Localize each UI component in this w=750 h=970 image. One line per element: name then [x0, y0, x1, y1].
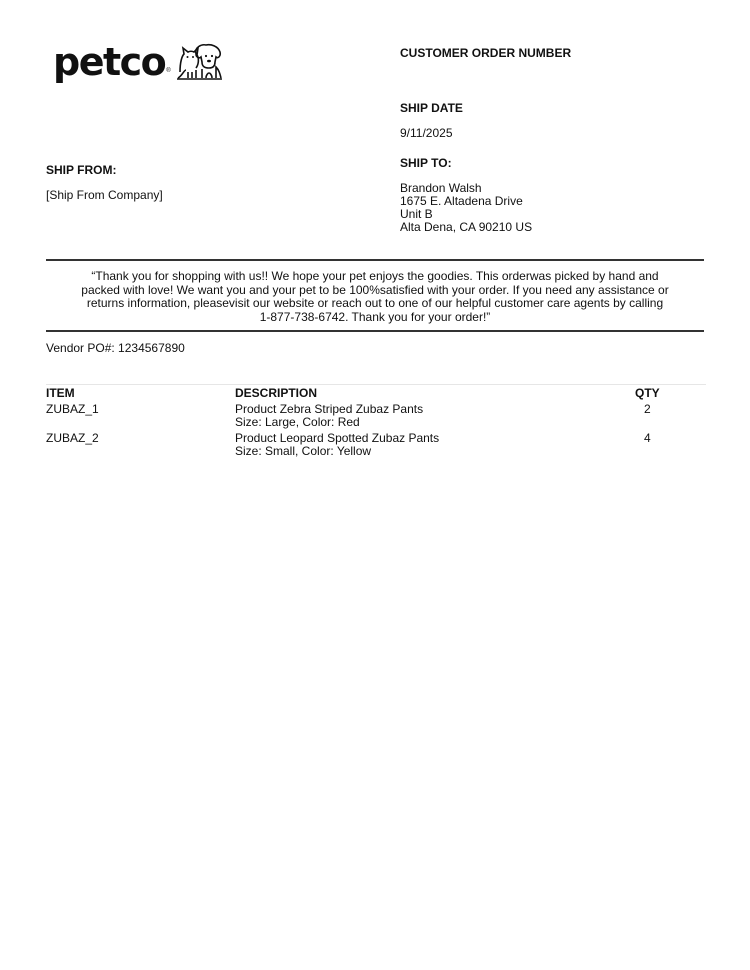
vendor-po-number: Vendor PO#: 1234567890 [46, 342, 185, 355]
ship-to-label: SHIP TO: [400, 156, 452, 170]
items-table: ITEM DESCRIPTION QTY ZUBAZ_1 Product Zeb… [46, 384, 706, 460]
brand-name: petco [53, 43, 165, 81]
table-header-row: ITEM DESCRIPTION QTY [46, 385, 706, 403]
thank-you-message: “Thank you for shopping with us!! We hop… [80, 270, 670, 324]
ship-from-company: [Ship From Company] [46, 189, 163, 202]
divider-top [46, 259, 704, 261]
ship-from-label: SHIP FROM: [46, 163, 116, 177]
row-spacer [660, 402, 706, 431]
item-description-cell: Product Leopard Spotted Zubaz Pants Size… [235, 431, 635, 460]
petco-logo: petco ® [53, 40, 224, 84]
ship-date-label: SHIP DATE [400, 101, 463, 115]
item-qty: 2 [635, 402, 660, 431]
header-qty: QTY [635, 385, 660, 403]
table-row: ZUBAZ_2 Product Leopard Spotted Zubaz Pa… [46, 431, 706, 460]
header-spacer [660, 385, 706, 403]
registered-mark: ® [166, 68, 170, 74]
ship-to-city: Alta Dena, CA 90210 US [400, 221, 532, 234]
ship-to-address: Brandon Walsh 1675 E. Altadena Drive Uni… [400, 182, 532, 234]
header-description: DESCRIPTION [235, 385, 635, 403]
item-details: Size: Small, Color: Yellow [235, 445, 635, 458]
table-row: ZUBAZ_1 Product Zebra Striped Zubaz Pant… [46, 402, 706, 431]
item-code: ZUBAZ_2 [46, 431, 235, 460]
cat-and-dog-icon [174, 42, 224, 82]
item-description-cell: Product Zebra Striped Zubaz Pants Size: … [235, 402, 635, 431]
ship-date-value: 9/11/2025 [400, 127, 453, 140]
item-qty: 4 [635, 431, 660, 460]
item-code: ZUBAZ_1 [46, 402, 235, 431]
header-item: ITEM [46, 385, 235, 403]
customer-order-number-label: CUSTOMER ORDER NUMBER [400, 46, 571, 60]
item-details: Size: Large, Color: Red [235, 416, 635, 429]
divider-bottom [46, 330, 704, 332]
row-spacer [660, 431, 706, 460]
